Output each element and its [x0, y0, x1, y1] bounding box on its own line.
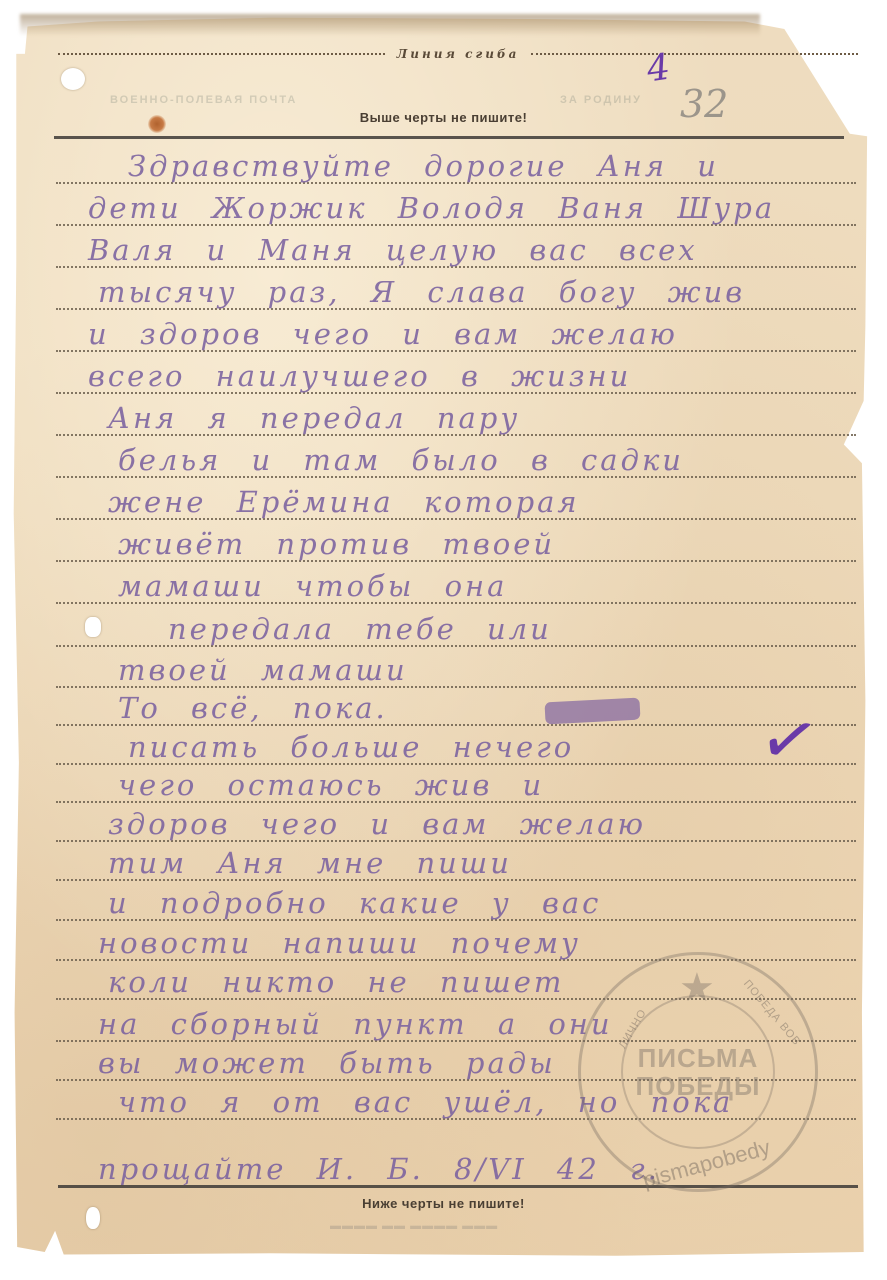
fold-dots-right: [531, 53, 858, 55]
stamp-title-line1: ПИСЬМА: [581, 1043, 815, 1074]
handwritten-line: тысячу раз, Я слава богу жив: [98, 275, 858, 309]
punch-hole: [61, 68, 85, 90]
handwritten-line: дети Жоржик Володя Ваня Шура: [88, 191, 848, 225]
star-icon: ★: [679, 965, 715, 1011]
above-line-warning: Выше черты не пишите!: [0, 110, 887, 125]
punch-hole: [85, 617, 101, 637]
handwritten-line: жене Ерёмина которая: [108, 485, 868, 519]
stamp-title-line2: ПОБЕДЫ: [581, 1071, 815, 1102]
handwritten-line: и подробно какие у вас: [108, 886, 868, 920]
faded-footer-print: ▬▬▬▬ ▬▬ ▬▬▬▬ ▬▬▬: [330, 1220, 498, 1232]
fold-dots-left: [58, 53, 385, 55]
handwritten-line: и здоров чего и вам желаю: [88, 317, 848, 351]
handwritten-line: Здравствуйте дорогие Аня и: [128, 149, 887, 183]
handwritten-line: здоров чего и вам желаю: [108, 807, 868, 841]
handwritten-line: белья и там было в садки: [118, 443, 878, 477]
handwritten-line: тим Аня мне пиши: [108, 846, 868, 880]
faded-header-right: ЗА РОДИНУ: [560, 94, 642, 106]
bottom-rule: [58, 1185, 858, 1188]
archive-stamp: ★ ЛИЧНО ПОБЕДА ВОВ ПИСЬМА ПОБЕДЫ pismapo…: [578, 952, 818, 1192]
faded-header-left: ВОЕННО-ПОЛЕВАЯ ПОЧТА: [110, 94, 297, 106]
handwritten-line: новости напиши почему: [98, 926, 858, 960]
handwritten-line: всего наилучшего в жизни: [88, 359, 848, 393]
paper-stain: [20, 14, 760, 36]
below-line-warning: Ниже черты не пишите!: [0, 1196, 887, 1211]
handwritten-line: Аня я передал пару: [108, 401, 868, 435]
handwritten-line: мамаши чтобы она: [118, 569, 878, 603]
fold-line-label: Линия сгиба: [397, 47, 520, 61]
archive-number: 32: [680, 82, 728, 126]
handwritten-line: твоей мамаши: [118, 653, 878, 687]
handwritten-line: передала тебе или: [168, 612, 887, 646]
top-rule: [54, 136, 844, 139]
handwritten-line: живёт против твоей: [118, 527, 878, 561]
handwritten-line: Валя и Маня целую вас всех: [88, 233, 848, 267]
fold-line: Линия сгиба: [58, 47, 858, 61]
